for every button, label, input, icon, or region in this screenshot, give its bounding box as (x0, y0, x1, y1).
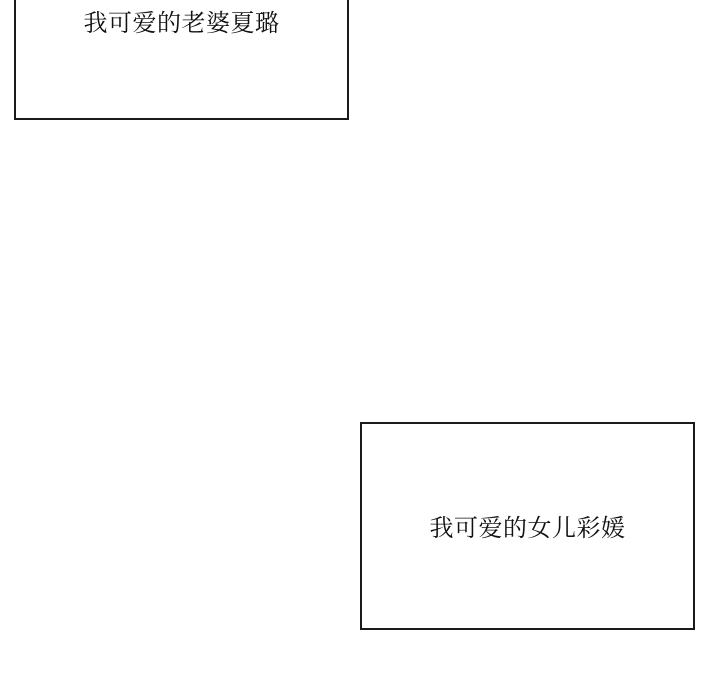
caption-box-daughter: 我可爱的女儿彩媛 (360, 422, 695, 630)
caption-box-wife: 我可爱的老婆夏璐 (14, 0, 349, 120)
caption-text-wife: 我可爱的老婆夏璐 (16, 3, 347, 38)
caption-text-daughter: 我可爱的女儿彩媛 (362, 508, 693, 543)
